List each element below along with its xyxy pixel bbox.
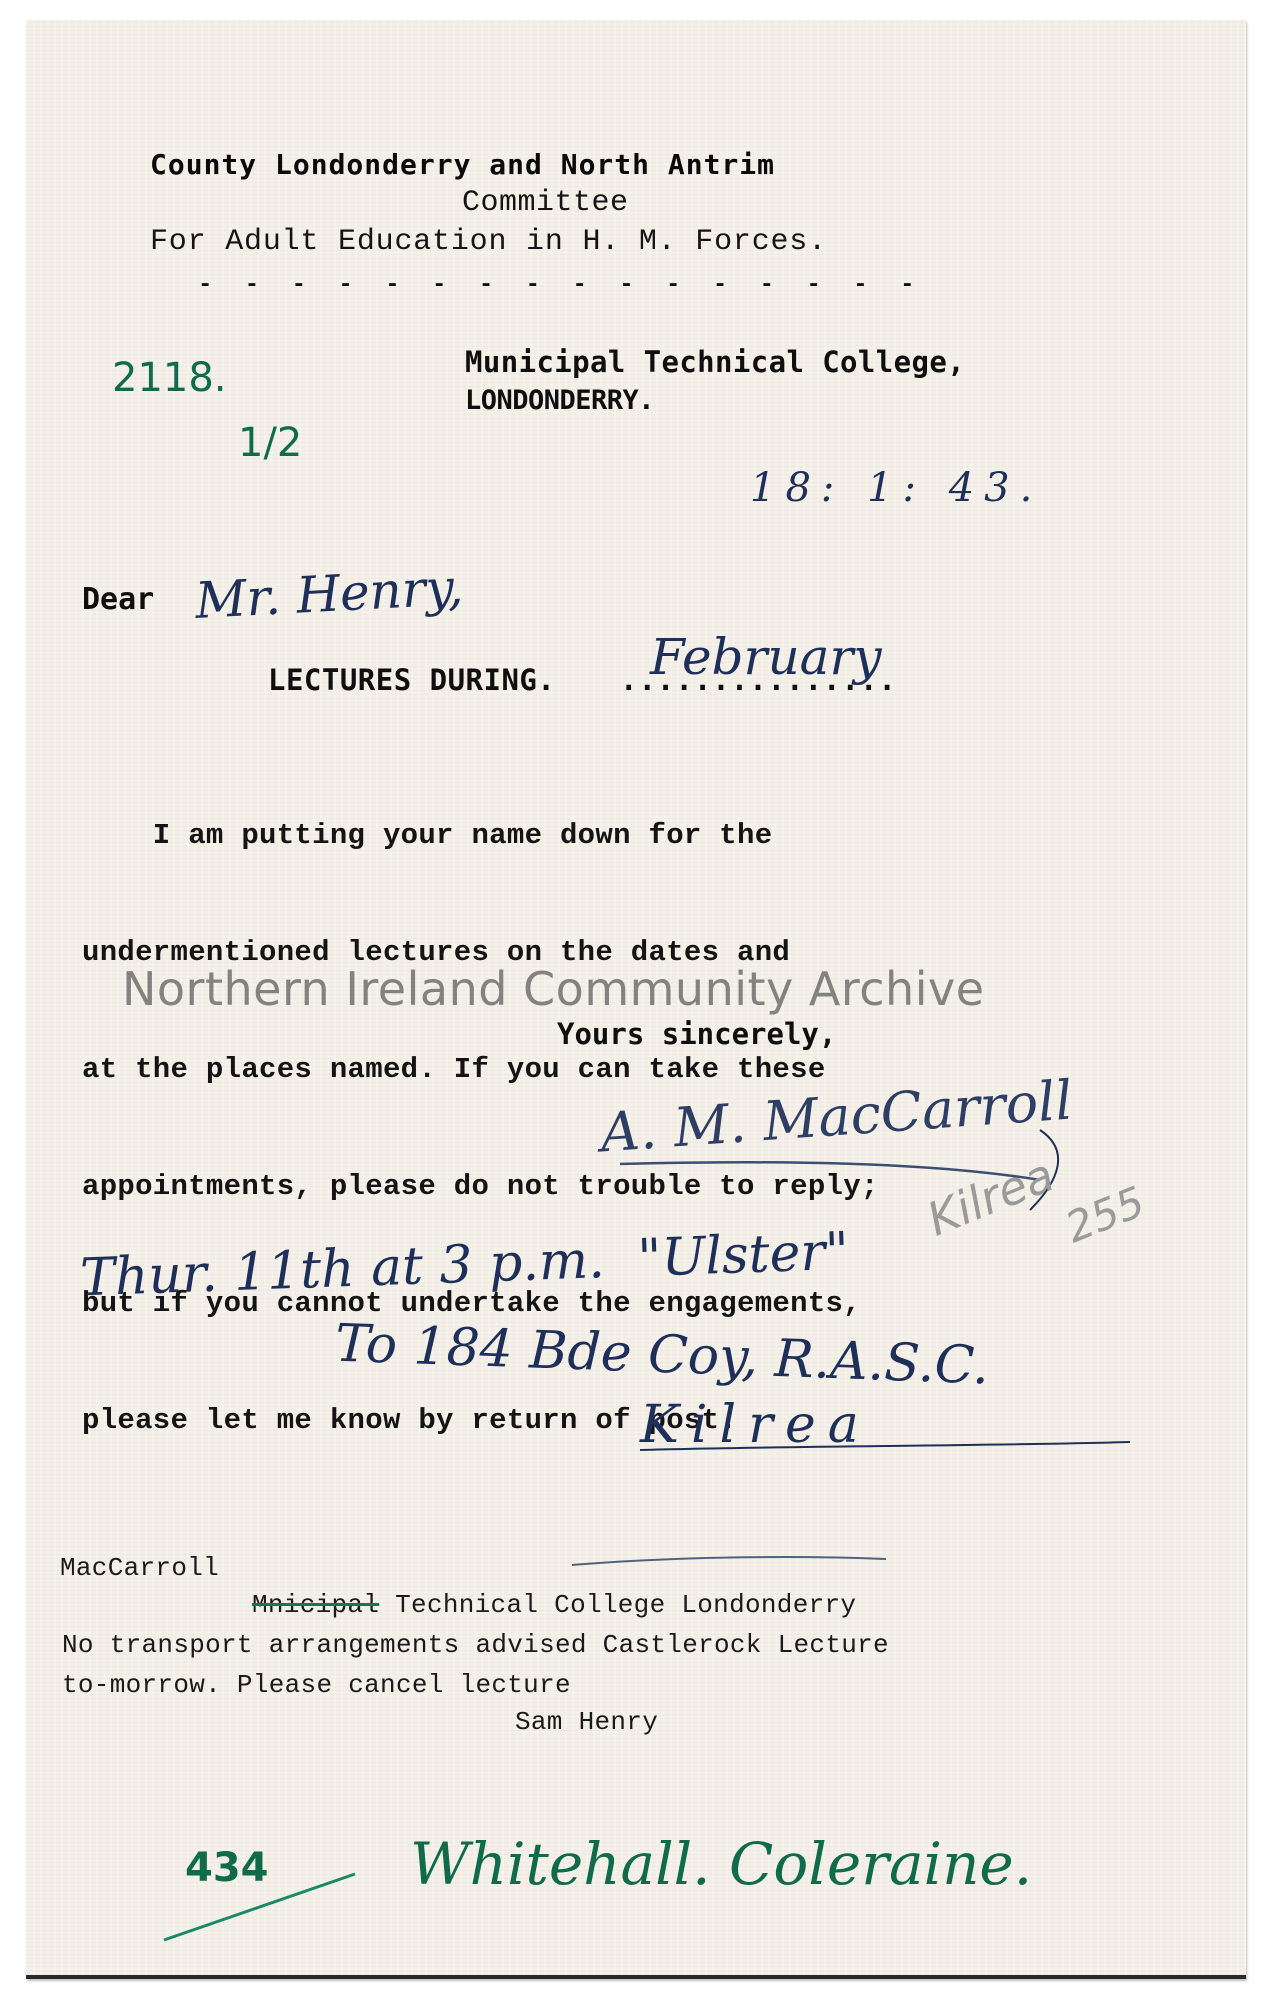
letterhead-line-3: For Adult Education in H. M. Forces. bbox=[150, 225, 827, 259]
letter-date: 18: 1: 43. bbox=[750, 465, 1042, 511]
salutation-typed: Dear bbox=[82, 582, 154, 617]
subject-typed: LECTURES DURING. bbox=[268, 663, 555, 697]
body-line-3: at the places named. If you can take the… bbox=[82, 1050, 879, 1089]
letterhead-line-2: Committee bbox=[462, 186, 629, 220]
telegram-line-1: No transport arrangements advised Castle… bbox=[62, 1630, 889, 1660]
sender-address-line-1: Municipal Technical College, bbox=[465, 345, 965, 379]
archive-watermark: Northern Ireland Community Archive bbox=[122, 962, 985, 1016]
telegram-pencil-line bbox=[570, 1555, 890, 1569]
telegram-address: Mnicipal Technical College Londonderry bbox=[252, 1590, 856, 1620]
footer-note-text: Whitehall. Coleraine. bbox=[410, 1830, 1032, 1898]
telegram-address-rest: Technical College Londonderry bbox=[379, 1590, 856, 1620]
telegram-sender: Sam Henry bbox=[515, 1707, 658, 1737]
fraction-annotation: 1/2 bbox=[238, 420, 302, 466]
subject-handwritten-month: February bbox=[650, 628, 882, 686]
sender-address-line-2: LONDONDERRY. bbox=[465, 385, 654, 416]
closing: Yours sincerely, bbox=[557, 1017, 836, 1051]
footer-note-slash bbox=[160, 1850, 360, 1950]
reference-number-annotation: 2118. bbox=[112, 355, 227, 401]
body-line-1: I am putting your name down for the bbox=[82, 816, 879, 855]
letterhead-line-1: County Londonderry and North Antrim bbox=[150, 148, 775, 181]
telegram-recipient: MacCarroll bbox=[60, 1553, 219, 1583]
lecture-underline bbox=[640, 1440, 1140, 1460]
telegram-address-struck: Mnicipal bbox=[252, 1590, 379, 1620]
telegram-line-2: to-morrow. Please cancel lecture bbox=[62, 1670, 571, 1700]
letterhead-divider: - - - - - - - - - - - - - - - - bbox=[198, 272, 923, 299]
